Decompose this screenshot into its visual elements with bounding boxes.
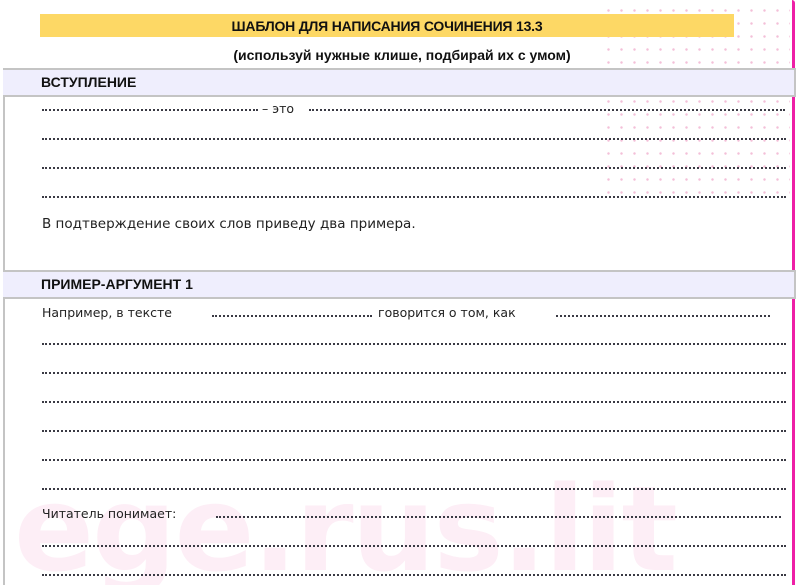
blank-line[interactable] [42,574,786,576]
section-header-introduction: ВСТУПЛЕНИЕ [3,68,796,97]
blank-line-content[interactable] [556,315,770,317]
subtitle: (используй нужные клише, подбирай их с у… [0,47,804,63]
blank-line[interactable] [42,372,786,374]
blank-line[interactable] [42,401,786,403]
section-title: ПРИМЕР-АРГУМЕНТ 1 [41,276,193,292]
phrase-is: – это [262,101,294,116]
blank-line[interactable] [42,488,786,490]
blank-line-text-title[interactable] [212,315,372,317]
blank-line[interactable] [42,430,786,432]
blank-line[interactable] [42,167,786,169]
blank-line-definition[interactable] [309,109,785,111]
left-frame-border [3,68,5,585]
section-header-example-1: ПРИМЕР-АРГУМЕНТ 1 [3,270,796,299]
phrase-reader-understands: Читатель понимает: [42,506,176,521]
phrase-says: говорится о том, как [378,305,516,320]
subtitle-text: (используй нужные клише, подбирай их с у… [233,47,570,63]
page-title: ШАБЛОН ДЛЯ НАПИСАНИЯ СОЧИНЕНИЯ 13.3 [232,18,543,34]
blank-line[interactable] [42,343,786,345]
blank-line[interactable] [42,196,786,198]
blank-line[interactable] [42,459,786,461]
blank-line-term[interactable] [42,109,258,111]
blank-line[interactable] [42,545,786,547]
blank-line[interactable] [42,138,786,140]
section-title: ВСТУПЛЕНИЕ [41,74,136,90]
phrase-example-start: Например, в тексте [42,305,172,320]
transition-sentence: В подтверждение своих слов приведу два п… [42,216,416,232]
blank-line-reader[interactable] [216,516,781,518]
title-banner: ШАБЛОН ДЛЯ НАПИСАНИЯ СОЧИНЕНИЯ 13.3 [40,14,734,37]
